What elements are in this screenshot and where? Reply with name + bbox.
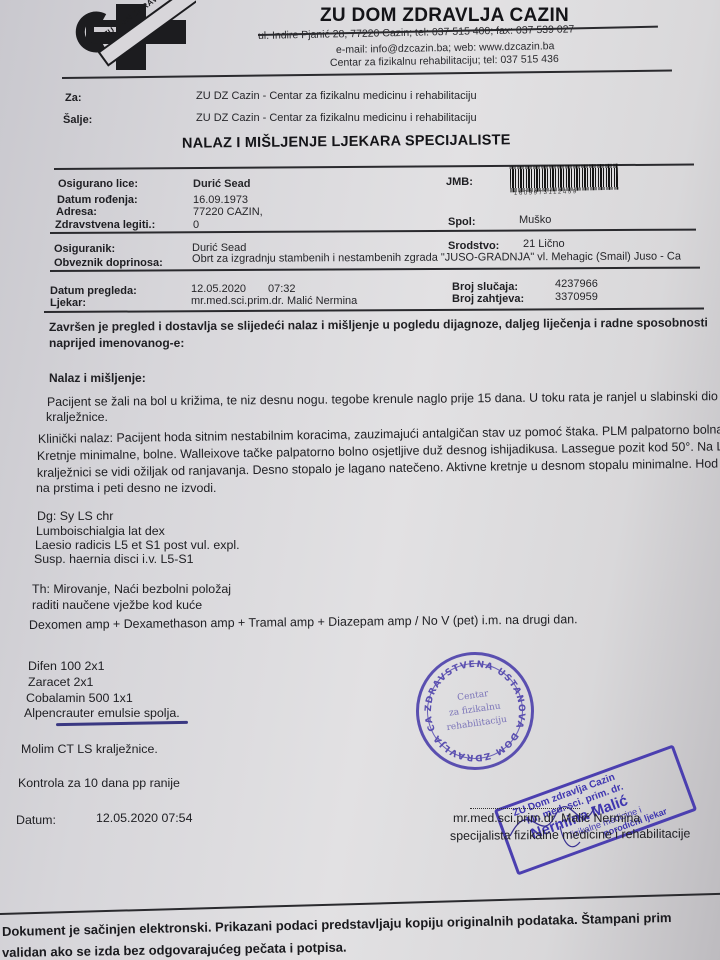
control-note: Kontrola za 10 dana pp ranije — [18, 775, 180, 792]
sex-label: Spol: — [448, 216, 476, 228]
center-line: Centar za fizikalnu rehabilitaciju; tel:… — [330, 53, 559, 69]
ct-request: Molim CT LS kralježnice. — [21, 741, 158, 758]
medication-4: Alpencrauter emulsie spolja. — [24, 705, 180, 722]
dob-label: Datum rođenja: — [57, 194, 138, 206]
exam-date-value: 12.05.2020 — [191, 283, 246, 295]
from-value: ZU DZ Cazin - Centar za fizikalnu medici… — [196, 112, 477, 124]
exam-time-value: 07:32 — [268, 283, 296, 295]
from-label: Šalje: — [63, 114, 92, 126]
jmb-barcode — [510, 164, 619, 193]
doctor-value: mr.med.sci.prim.dr. Malić Nermina — [191, 295, 357, 307]
address-line: ul. Indire Pjanić 28, 77220 Cazin; tel: … — [258, 23, 575, 42]
diagnosis-line-4: Susp. haernia disci i.v. L5-S1 — [34, 551, 194, 568]
medication-1: Difen 100 2x1 — [28, 658, 104, 675]
findings-heading: Nalaz i mišljenje: — [49, 370, 146, 387]
relation-value: 21 Lično — [523, 238, 565, 250]
doctor-label: Ljekar: — [50, 297, 86, 309]
insurer-label: Osiguranik: — [54, 243, 115, 255]
intro-line-2: naprijed imenovanog-e: — [49, 335, 184, 352]
dob-value: 16.09.1973 — [193, 194, 248, 206]
therapy-line-1: Th: Mirovanje, Naći bezbolni položaj — [32, 581, 231, 598]
date-value: 12.05.2020 07:54 — [96, 810, 192, 827]
to-value: ZU DZ Cazin - Centar za fizikalnu medici… — [196, 90, 477, 102]
complaint-line-1: Pacijent se žali na bol u križima, te ni… — [47, 388, 718, 411]
request-no-label: Broj zahtjeva: — [452, 293, 524, 305]
round-stamp: ZDRAVSTVENA USTANOVA DOM ZDRAVLJA CAZIN … — [408, 644, 541, 777]
contributor-label: Obveznik doprinosa: — [54, 257, 163, 269]
therapy-line-2: raditi naučene vježbe kod kuće — [32, 597, 202, 614]
request-no-value: 3370959 — [555, 291, 598, 303]
insured-value: Durić Sead — [193, 178, 250, 190]
health-id-value: 0 — [193, 219, 199, 231]
jmb-barcode-digits: 1609973112459 — [514, 189, 578, 197]
insured-label: Osigurano lice: — [58, 178, 138, 190]
jmb-label: JMB: — [446, 176, 473, 188]
contributor-value: Obrt za izgradnju stambenih i nestambeni… — [192, 250, 681, 265]
address-value: 77220 CAZIN, — [193, 206, 263, 218]
exam-date-label: Datum pregleda: — [50, 285, 137, 297]
case-no-value: 4237966 — [555, 278, 598, 290]
address-label: Adresa: — [56, 206, 97, 218]
footer-line-1: Dokument je sačinjen elektronski. Prikaz… — [2, 910, 672, 939]
complaint-line-2: kralježnice. — [46, 409, 108, 426]
exam-rule — [44, 308, 704, 313]
case-no-label: Broj slučaja: — [452, 281, 518, 293]
signature-name: mr.med.sci.prim.dr. Malić Nermina — [453, 810, 640, 827]
intro-line-1: Završen je pregled i dostavlja se slijed… — [49, 314, 708, 336]
footer-line-2: validan ako se izda bez odgovarajućeg pe… — [2, 940, 347, 960]
medication-2: Zaracet 2x1 — [28, 674, 93, 691]
signature-title: specijalista fizikalne medicine i rehabi… — [450, 825, 691, 845]
clinical-line-4: na prstima i peti desno ne izvodi. — [36, 480, 216, 497]
sex-value: Muško — [519, 214, 551, 226]
to-label: Za: — [65, 92, 82, 104]
institution-logo: ZU DOM ZDRAVLJA CAZIN — [66, 0, 196, 72]
injection-line: Dexomen amp + Dexamethason amp + Tramal … — [29, 611, 578, 634]
date-label: Datum: — [16, 812, 56, 829]
relation-label: Srodstvo: — [448, 240, 499, 252]
document-title: NALAZ I MIŠLJENJE LJEKARA SPECIJALISTE — [182, 132, 511, 151]
health-id-label: Zdravstvena legiti.: — [55, 219, 155, 231]
